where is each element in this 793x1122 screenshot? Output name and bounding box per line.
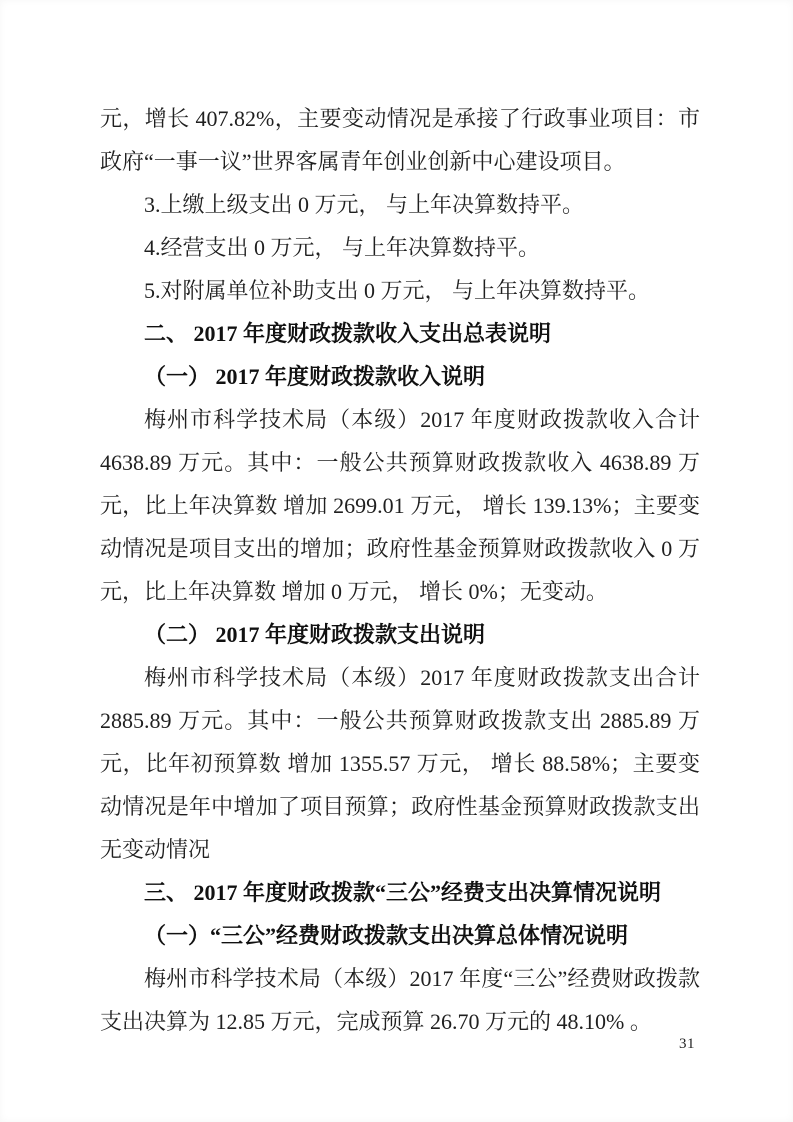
list-item-4: 4.经营支出 0 万元， 与上年决算数持平。 (100, 226, 700, 269)
section-heading-3: 三、 2017 年度财政拨款“三公”经费支出决算情况说明 (100, 871, 700, 914)
paragraph-fiscal-expenditure: 梅州市科学技术局（本级）2017 年度财政拨款支出合计 2885.89 万元。其… (100, 656, 700, 871)
subsection-heading-2-2: （二） 2017 年度财政拨款支出说明 (100, 613, 700, 656)
paragraph-fiscal-income: 梅州市科学技术局（本级）2017 年度财政拨款收入合计 4638.89 万元。其… (100, 398, 700, 613)
subsection-heading-3-1: （一）“三公”经费财政拨款支出决算总体情况说明 (100, 914, 700, 957)
list-item-5: 5.对附属单位补助支出 0 万元， 与上年决算数持平。 (100, 269, 700, 312)
paragraph-continuation: 元，增长 407.82%，主要变动情况是承接了行政事业项目：市政府“一事一议”世… (100, 97, 700, 183)
section-heading-2: 二、 2017 年度财政拨款收入支出总表说明 (100, 312, 700, 355)
page-number: 31 (679, 1034, 695, 1054)
list-item-3: 3.上缴上级支出 0 万元， 与上年决算数持平。 (100, 183, 700, 226)
paragraph-three-public-expenses: 梅州市科学技术局（本级）2017 年度“三公”经费财政拨款支出决算为 12.85… (100, 957, 700, 1043)
subsection-heading-2-1: （一） 2017 年度财政拨款收入说明 (100, 355, 700, 398)
document-page: 元，增长 407.82%，主要变动情况是承接了行政事业项目：市政府“一事一议”世… (0, 0, 793, 1122)
